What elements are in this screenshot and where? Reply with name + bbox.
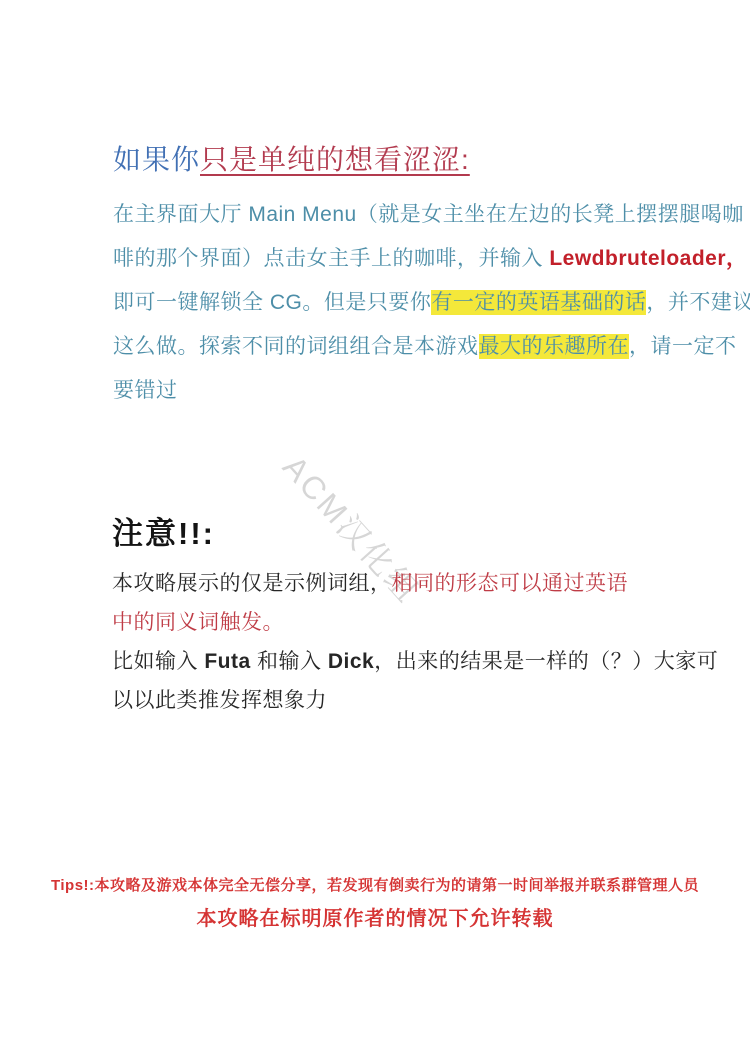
text-run: 在主界面大厅 Main Menu（就是女主坐在左边的长凳上摆摆腿喝咖 [113,203,744,226]
text-run: Futa [204,650,250,673]
heading-blue-part: 如果你 [113,144,200,175]
text-run: 最大的乐趣所在 [479,334,630,359]
text-run: 要错过 [113,379,178,402]
footer-tips-line: Tips!:本攻略及游戏本体完全无偿分享，若发现有倒卖行为的请第一时间举报并联系… [0,874,750,895]
text-run: 和输入 [251,650,328,673]
text-run: 以以此类推发挥想象力 [112,689,327,712]
text-run: ，并不建议 [646,291,750,314]
paragraph-cheat-instructions: 在主界面大厅 Main Menu（就是女主坐在左边的长凳上摆摆腿喝咖啡的那个界面… [113,193,673,413]
text-run: 中的同义词触发。 [112,611,284,634]
paragraph-notice-body: 本攻略展示的仅是示例词组，相同的形态可以通过英语中的同义词触发。比如输入 Fut… [112,564,692,720]
text-run: ， [726,247,748,270]
text-run: Dick [328,650,374,673]
section-heading-cg-unlock: 如果你只是单纯的想看涩涩: [113,138,470,178]
text-line: 即可一键解锁全 CG。但是只要你有一定的英语基础的话，并不建议 [113,281,673,325]
text-line: 啡的那个界面）点击女主手上的咖啡，并输入 Lewdbruteloader， [113,237,673,281]
text-run: 相同的形态可以通过英语 [392,572,629,595]
footer-repost-line: 本攻略在标明原作者的情况下允许转载 [0,902,750,931]
text-line: 这么做。探索不同的词组组合是本游戏最大的乐趣所在，请一定不 [113,325,673,369]
text-line: 要错过 [113,369,673,413]
text-run: 啡的那个界面）点击女主手上的咖啡，并输入 [113,247,549,270]
text-run: 比如输入 [112,650,204,673]
text-run: 有一定的英语基础的话 [431,290,646,315]
text-line: 中的同义词触发。 [112,603,692,642]
text-run: 这么做。探索不同的词组组合是本游戏 [113,335,479,358]
text-run: ，出来的结果是一样的（？）大家可 [374,650,718,673]
text-line: 以以此类推发挥想象力 [112,681,692,720]
text-run: Lewdbruteloader [549,247,726,270]
heading-red-underlined-part: 只是单纯的想看涩涩: [200,144,470,175]
text-line: 比如输入 Futa 和输入 Dick，出来的结果是一样的（？）大家可 [112,642,692,681]
text-run: 即可一键解锁全 CG。但是只要你 [113,291,431,314]
document-page: ACM汉化组 如果你只是单纯的想看涩涩: 在主界面大厅 Main Menu（就是… [0,0,750,1061]
text-run: 本攻略展示的仅是示例词组， [112,572,392,595]
text-line: 本攻略展示的仅是示例词组，相同的形态可以通过英语 [112,564,692,603]
text-line: 在主界面大厅 Main Menu（就是女主坐在左边的长凳上摆摆腿喝咖 [113,193,673,237]
section-heading-notice: 注意!!: [112,508,215,553]
text-run: ，请一定不 [629,335,737,358]
